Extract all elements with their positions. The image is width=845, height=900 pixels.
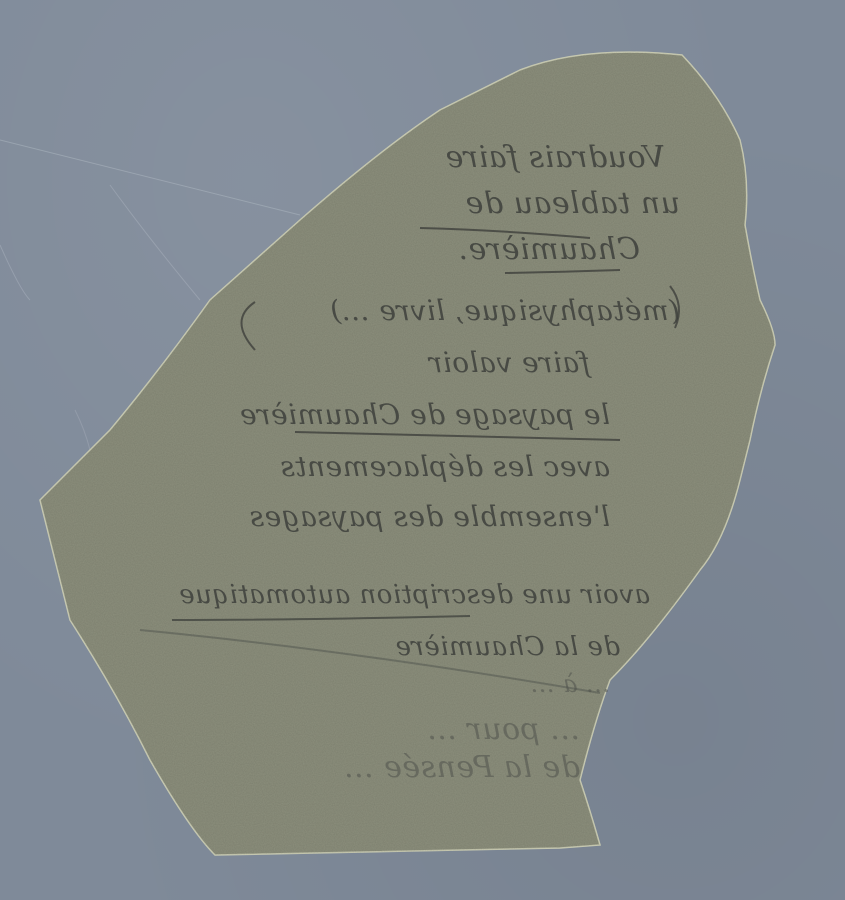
- note-line-3: Chaumière.: [458, 232, 640, 267]
- note-line-8: l'ensemble des paysages: [249, 500, 610, 533]
- note-line-1: Voudrais faire: [445, 140, 665, 175]
- note-line-2: un tableau de: [465, 186, 680, 221]
- note-line-5: faire valoir: [428, 346, 590, 379]
- note-line-4: (métaphysique, livre ...): [330, 294, 680, 327]
- paper-fragment: Voudrais faire un tableau de Chaumière. …: [0, 0, 845, 900]
- note-line-7: avec les déplacements: [280, 450, 610, 483]
- note-line-9: avoir une description automatique: [179, 580, 650, 610]
- note-line-10: de la Chaumière: [395, 632, 620, 662]
- note-line-11: ... à ...: [530, 670, 610, 698]
- note-line-6: le paysage de Chaumière: [240, 398, 610, 431]
- note-line-13: de la Pensée ...: [344, 750, 580, 785]
- mirrored-handwriting: Voudrais faire un tableau de Chaumière. …: [35, 0, 845, 900]
- note-line-12: ... pour ...: [427, 712, 580, 747]
